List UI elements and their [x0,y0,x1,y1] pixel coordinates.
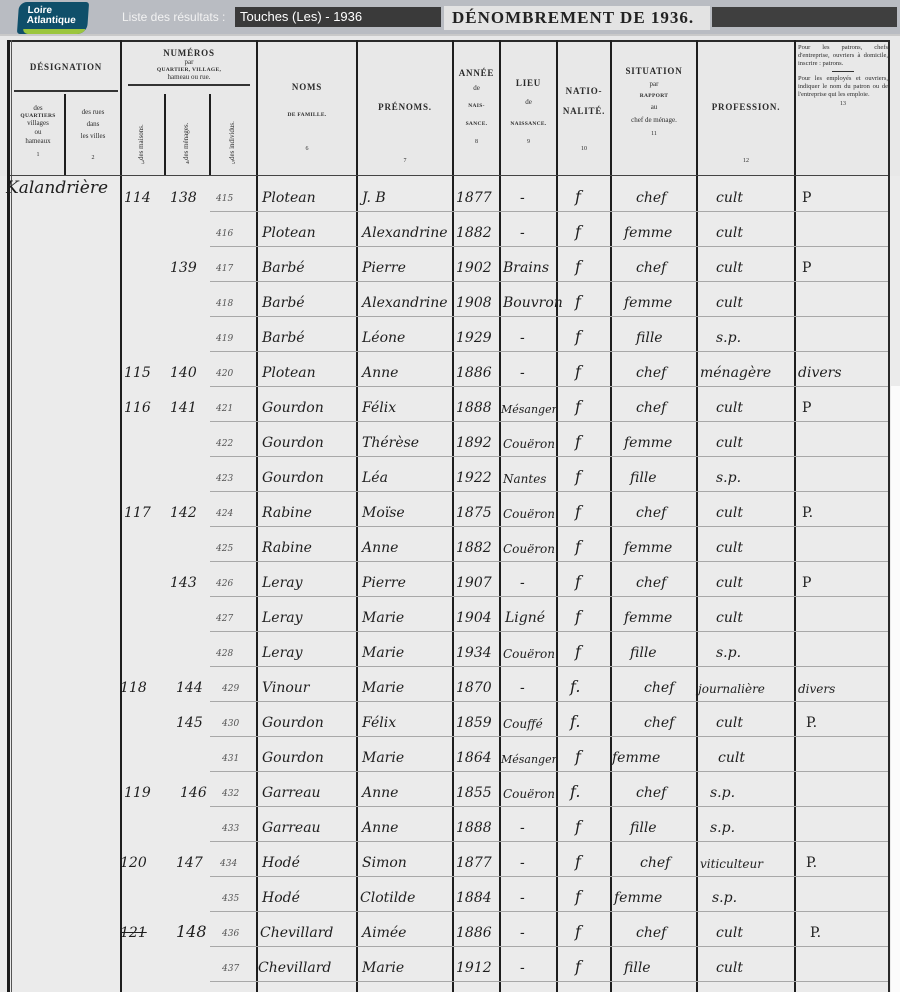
table-top-border [7,40,890,42]
cell-individu: 434 [220,859,237,869]
header-col12-number: 12 [698,158,794,164]
cell-prenom: Marie [362,680,404,696]
cell-situation: chef [636,505,666,521]
header-profession: PROFESSION. 12 [698,102,794,164]
cell-nom: Vinour [262,680,310,696]
cell-annee: 1886 [456,925,492,941]
cell-individu: 437 [222,964,239,974]
cell-nationalite: f [575,257,581,276]
cell-lieu: Couëron [503,437,555,451]
header-col5-number-wrap: 5 [211,160,256,166]
header-col5-label: des individus. [228,98,236,160]
header-lieu-sub: NAISSANCE. [501,121,556,127]
cell-nom: Leray [262,610,303,626]
cell-patron: P [802,400,811,416]
cell-lieu: Couëron [503,507,555,521]
cell-situation: chef [644,680,674,696]
cell-situation: fille [630,820,657,836]
cell-nom: Gourdon [262,435,324,451]
table-row[interactable]: 435 Hodé Clotilde 1884 - f femme s.p. [0,876,890,912]
cell-prenom: Anne [362,540,398,556]
cell-profession: cult [718,750,745,766]
cell-menage: 142 [170,505,197,521]
header-nationalite-title: NATIO- [558,86,610,96]
cell-prenom: Marie [362,960,404,976]
cell-nationalite: f [575,747,581,766]
cell-individu: 436 [222,929,239,939]
cell-individu: 421 [216,404,233,414]
cell-individu: 418 [216,299,233,309]
cell-nom: Rabine [262,505,312,521]
cell-patron: divers [798,682,835,696]
row-rule [210,981,888,982]
cell-nationalite: f. [570,677,580,696]
cell-individu: 419 [216,334,233,344]
cell-annee: 1877 [456,855,492,871]
cell-situation: chef [636,575,666,591]
header-nationalite-title2: NALITÉ. [558,106,610,116]
cell-individu: 423 [216,474,233,484]
cell-lieu: Couëron [503,787,555,801]
cell-nationalite: f [575,922,581,941]
cell-patron: P. [802,505,813,521]
cell-lieu: - [520,190,525,206]
cell-nom: Hodé [262,890,300,906]
cell-maison: 115 [124,365,151,381]
cell-profession: s.p. [716,330,741,346]
header-rule [832,71,854,72]
cell-individu: 430 [222,719,239,729]
table-row[interactable]: 143 426 Leray Pierre 1907 - f chef cult … [0,561,890,597]
header-col6-number: 6 [258,146,356,152]
cell-menage: 144 [176,680,203,696]
cell-nationalite: f [575,432,581,451]
cell-situation: chef [636,785,666,801]
cell-nom: Gourdon [262,715,324,731]
cell-nom: Plotean [262,190,316,206]
cell-individu: 428 [216,649,233,659]
cell-lieu: - [520,680,525,696]
cell-profession: viticulteur [700,857,763,871]
cell-lieu: - [520,575,525,591]
cell-individu: 425 [216,544,233,554]
header-annee-sub: de [454,84,499,93]
header-col1-line: des [12,104,64,113]
cell-lieu: Mésanger [501,403,557,416]
cell-profession: cult [716,925,743,941]
cell-nom: Barbé [262,260,305,276]
cell-individu: 435 [222,894,239,904]
cell-profession: cult [716,190,743,206]
cell-profession: cult [716,575,743,591]
header-annee: ANNÉE de NAIS- SANCE. 8 [454,68,499,145]
cell-profession: ménagère [700,365,771,381]
cell-prenom: Alexandrine [362,295,448,311]
cell-menage: 141 [170,400,197,416]
cell-lieu: Mésanger [501,753,557,766]
cell-situation: chef [644,715,674,731]
header-col13-number: 13 [798,101,888,107]
cell-lieu: - [520,225,525,241]
cell-nom: Barbé [262,330,305,346]
header-situation-sub: au [612,103,696,112]
header-col2-line: les villes [66,132,120,141]
header-designation-rule [12,90,120,92]
cell-situation: chef [636,925,666,941]
cell-nom: Leray [262,645,303,661]
cell-maison: 116 [124,400,151,416]
cell-nationalite: f. [570,712,580,731]
header-prenoms-title: PRÉNOMS. [358,102,452,112]
cell-patron: P [802,190,811,206]
cell-prenom: Léa [362,470,388,486]
cell-lieu: Bouvron [503,295,563,311]
cell-individu: 416 [216,229,233,239]
title-bar-filler [712,7,897,27]
cell-lieu: - [520,890,525,906]
table-row[interactable]: 121 148 436 Chevillard Aimée 1886 - f ch… [0,911,890,947]
header-situation-sub: par [612,80,696,89]
cell-situation: fille [630,645,657,661]
table-row[interactable]: 120 147 434 Hodé Simon 1877 - f chef vit… [0,841,890,877]
cell-individu: 422 [216,439,233,449]
header-col10-number: 10 [558,146,610,152]
cell-situation: femme [614,890,662,906]
cell-nom: Gourdon [262,750,324,766]
cell-individu: 432 [222,789,239,799]
cell-annee: 1892 [456,435,492,451]
table-row[interactable]: 433 Garreau Anne 1888 - f fille s.p. [0,806,890,842]
cell-nom: Chevillard [260,925,333,941]
header-col1: des QUARTIERS villages ou hameaux 1 [12,104,64,158]
header-col2: des rues dans les villes 2 [66,108,120,161]
cell-individu: 426 [216,579,233,589]
cell-maison: 121 [120,925,147,941]
cell-menage: 147 [176,855,203,871]
cell-profession: cult [716,610,743,626]
cell-nationalite: f [575,362,581,381]
cell-annee: 1877 [456,190,492,206]
cell-profession: s.p. [716,645,741,661]
cell-annee: 1886 [456,365,492,381]
cell-nationalite: f. [570,782,580,801]
cell-annee: 1888 [456,400,492,416]
cell-nom: Hodé [262,855,300,871]
header-col3-number-wrap: 3 [122,160,164,166]
cell-prenom: Anne [362,785,398,801]
table-row[interactable]: 117 142 424 Rabine Moïse 1875 Couëron f … [0,491,890,527]
header-numeros: NUMÉROS par QUARTIER, VILLAGE, hameau ou… [122,48,256,86]
table-row[interactable]: 139 417 Barbé Pierre 1902 Brains f chef … [0,246,890,282]
header-col4-number: 4 [166,160,209,166]
cell-prenom: Anne [362,820,398,836]
cell-annee: 1884 [456,890,492,906]
cell-profession: cult [716,960,743,976]
cell-patron: P [802,575,811,591]
cell-nationalite: f [575,467,581,486]
census-page-scan[interactable]: DÉSIGNATION des QUARTIERS villages ou ha… [0,36,900,992]
table-row[interactable]: 428 Leray Marie 1934 Couëron f fille s.p… [0,631,890,667]
cell-nationalite: f [575,537,581,556]
header-col1-number: 1 [12,152,64,158]
cell-situation: chef [640,855,670,871]
cell-prenom: Pierre [362,260,406,276]
header-col4-label: des ménages. [182,98,190,160]
header-designation-title: DÉSIGNATION [12,62,120,72]
cell-prenom: Simon [362,855,407,871]
header-col2-number: 2 [66,155,120,161]
cell-annee: 1912 [456,960,492,976]
header-col2-line: dans [66,120,120,129]
cell-annee: 1907 [456,575,492,591]
header-lieu-sub: de [501,98,556,107]
header-numeros-sub: hameau ou rue. [122,73,256,82]
cell-profession: cult [716,435,743,451]
header-col1-line: villages [12,119,64,128]
header-col9-number: 9 [501,139,556,145]
logo-swoosh-icon [23,29,85,34]
table-row[interactable]: 116 141 421 Gourdon Félix 1888 Mésanger … [0,386,890,422]
cell-annee: 1934 [456,645,492,661]
cell-individu: 431 [222,754,239,764]
table-row[interactable]: 418 Barbé Alexandrine 1908 Bouvron f fem… [0,281,890,317]
cell-individu: 417 [216,264,233,274]
cell-nom: Garreau [262,820,321,836]
cell-lieu: Brains [503,260,549,276]
cell-patron: divers [798,365,842,381]
cell-annee: 1870 [456,680,492,696]
cell-lieu: - [520,365,525,381]
cell-situation: femme [624,540,672,556]
cell-annee: 1855 [456,785,492,801]
table-row[interactable]: 419 Barbé Léone 1929 - f fille s.p. [0,316,890,352]
cell-profession: cult [716,260,743,276]
cell-individu: 433 [222,824,239,834]
cell-menage: 145 [176,715,203,731]
cell-prenom: Aimée [362,925,406,941]
header-col8-number: 8 [454,139,499,145]
header-col3-number: 3 [122,160,164,166]
cell-maison: 120 [120,855,147,871]
cell-prenom: Alexandrine [362,225,448,241]
header-col2-line: des rues [66,108,120,117]
header-col4-number-wrap: 4 [166,160,209,166]
header-situation-sub: chef de ménage. [612,116,696,125]
cell-menage: 143 [170,575,197,591]
cell-annee: 1929 [456,330,492,346]
table-row[interactable]: 119 146 432 Garreau Anne 1855 Couëron f.… [0,771,890,807]
cell-individu: 424 [216,509,233,519]
header-employer: Pour les patrons, chefs d'entreprise, ou… [798,44,888,107]
table-row[interactable]: 423 Gourdon Léa 1922 Nantes f fille s.p. [0,456,890,492]
header-col1-line: hameaux [12,137,64,146]
cell-annee: 1875 [456,505,492,521]
cell-individu: 429 [222,684,239,694]
cell-lieu: - [520,330,525,346]
header-lieu-title: LIEU [501,78,556,88]
logo-text-line2: Atlantique [26,16,88,26]
table-row[interactable]: 427 Leray Marie 1904 Ligné f femme cult [0,596,890,632]
header-noms-title: NOMS [258,82,356,92]
top-bar: Loire Atlantique Liste des résultats : T… [0,0,900,36]
cell-situation: fille [630,470,657,486]
header-designation: DÉSIGNATION [12,62,120,72]
cell-prenom: Félix [362,400,396,416]
cell-nom: Garreau [262,785,321,801]
cell-nationalite: f [575,642,581,661]
table-row[interactable]: 431 Gourdon Marie 1864 Mésanger f femme … [0,736,890,772]
header-rule [128,84,250,86]
cell-prenom: J. B [362,190,386,206]
header-rule [14,90,118,92]
cell-profession: cult [716,715,743,731]
header-col3-label: des maisons. [137,98,145,160]
cell-annee: 1908 [456,295,492,311]
cell-nom: Plotean [262,365,316,381]
header-col11-number: 11 [612,131,696,137]
cell-lieu: - [520,960,525,976]
table-row[interactable]: 422 Gourdon Thérèse 1892 Couëron f femme… [0,421,890,457]
page-edge [891,386,900,992]
results-list-label[interactable]: Liste des résultats : [122,10,225,24]
cell-lieu: Couffé [503,717,543,731]
cell-nationalite: f [575,187,581,206]
cell-annee: 1902 [456,260,492,276]
cell-nom: Plotean [262,225,316,241]
header-col1-line: ou [12,128,64,137]
cell-situation: chef [636,365,666,381]
census-rows: 114 138 415 Plotean J. B 1877 - f chef c… [0,176,890,992]
header-nationalite: NATIO- NALITÉ. 10 [558,86,610,152]
cell-nom: Barbé [262,295,305,311]
cell-situation: chef [636,260,666,276]
cell-prenom: Clotilde [360,890,415,906]
cell-profession: s.p. [710,820,735,836]
loire-atlantique-logo[interactable]: Loire Atlantique [17,2,89,34]
cell-situation: femme [624,435,672,451]
cell-annee: 1922 [456,470,492,486]
cell-patron: P [802,260,811,276]
cell-menage: 148 [176,922,207,941]
cell-prenom: Marie [362,750,404,766]
cell-situation: femme [624,225,672,241]
header-employer-text2: Pour les employés et ouvriers, indiquer … [798,75,888,99]
cell-annee: 1882 [456,540,492,556]
cell-lieu: Couëron [503,542,555,556]
cell-menage: 139 [170,260,197,276]
cell-lieu: Ligné [505,610,545,626]
header-noms-sub: DE FAMILLE. [258,112,356,118]
cell-nom: Chevillard [258,960,331,976]
cell-profession: cult [716,400,743,416]
cell-menage: 140 [170,365,197,381]
cell-nationalite: f [575,572,581,591]
cell-profession: journalière [698,682,765,696]
cell-situation: chef [636,190,666,206]
cell-maison: 117 [124,505,151,521]
document-title: DÉNOMBREMENT DE 1936. [444,6,710,30]
header-lieu: LIEU de NAISSANCE. 9 [501,78,556,145]
cell-patron: P. [810,925,821,941]
cell-patron: P. [806,715,817,731]
cell-individu: 427 [216,614,233,624]
cell-nationalite: f [575,222,581,241]
cell-menage: 146 [180,785,207,801]
header-annee-title: ANNÉE [454,68,499,78]
cell-annee: 1864 [456,750,492,766]
table-row[interactable]: 145 430 Gourdon Félix 1859 Couffé f. che… [0,701,890,737]
cell-nationalite: f [575,607,581,626]
cell-profession: s.p. [716,470,741,486]
cell-nationalite: f [575,502,581,521]
cell-prenom: Moïse [362,505,405,521]
cell-prenom: Pierre [362,575,406,591]
header-situation-title: SITUATION [612,66,696,76]
cell-prenom: Marie [362,645,404,661]
cell-nom: Rabine [262,540,312,556]
table-row[interactable]: 437 Chevillard Marie 1912 - f fille cult [0,946,890,982]
cell-nationalite: f [575,327,581,346]
header-employer-text1: Pour les patrons, chefs d'entreprise, ou… [798,44,888,68]
header-annee-sub: SANCE. [454,121,499,127]
cell-prenom: Léone [362,330,405,346]
table-row[interactable]: 425 Rabine Anne 1882 Couëron f femme cul… [0,526,890,562]
cell-profession: s.p. [710,785,735,801]
header-situation: SITUATION par RAPPORT au chef de ménage.… [612,66,696,137]
cell-profession: s.p. [712,890,737,906]
cell-prenom: Marie [362,610,404,626]
cell-annee: 1882 [456,225,492,241]
cell-lieu: Couëron [503,647,555,661]
cell-nationalite: f [575,887,581,906]
cell-nom: Leray [262,575,303,591]
header-situation-sub: RAPPORT [612,93,696,99]
cell-nationalite: f [575,957,581,976]
header-annee-sub: NAIS- [454,103,499,109]
header-col5-number: 5 [211,160,256,166]
table-row[interactable]: 118 144 429 Vinour Marie 1870 - f. chef … [0,666,890,702]
cell-menage: 138 [170,190,197,206]
cell-annee: 1888 [456,820,492,836]
cell-prenom: Anne [362,365,398,381]
cell-maison: 114 [124,190,151,206]
table-row[interactable]: 416 Plotean Alexandrine 1882 - f femme c… [0,211,890,247]
cell-nom: Gourdon [262,470,324,486]
cell-prenom: Thérèse [362,435,419,451]
cell-profession: cult [716,295,743,311]
header-numeros-title: NUMÉROS [122,48,256,58]
cell-maison: 118 [120,680,147,696]
header-noms: NOMS DE FAMILLE. 6 [258,82,356,152]
table-row[interactable]: 115 140 420 Plotean Anne 1886 - f chef m… [0,351,890,387]
table-row[interactable]: 114 138 415 Plotean J. B 1877 - f chef c… [0,176,890,212]
cell-maison: 119 [124,785,151,801]
cell-situation: femme [624,295,672,311]
cell-profession: cult [716,225,743,241]
cell-profession: cult [716,540,743,556]
results-selection-field[interactable]: Touches (Les) - 1936 [235,7,441,27]
cell-nom: Gourdon [262,400,324,416]
cell-nationalite: f [575,817,581,836]
cell-lieu: - [520,820,525,836]
cell-lieu: - [520,925,525,941]
cell-annee: 1859 [456,715,492,731]
cell-situation: chef [636,400,666,416]
cell-situation: fille [624,960,651,976]
cell-prenom: Félix [362,715,396,731]
header-profession-title: PROFESSION. [698,102,794,112]
cell-lieu: - [520,855,525,871]
